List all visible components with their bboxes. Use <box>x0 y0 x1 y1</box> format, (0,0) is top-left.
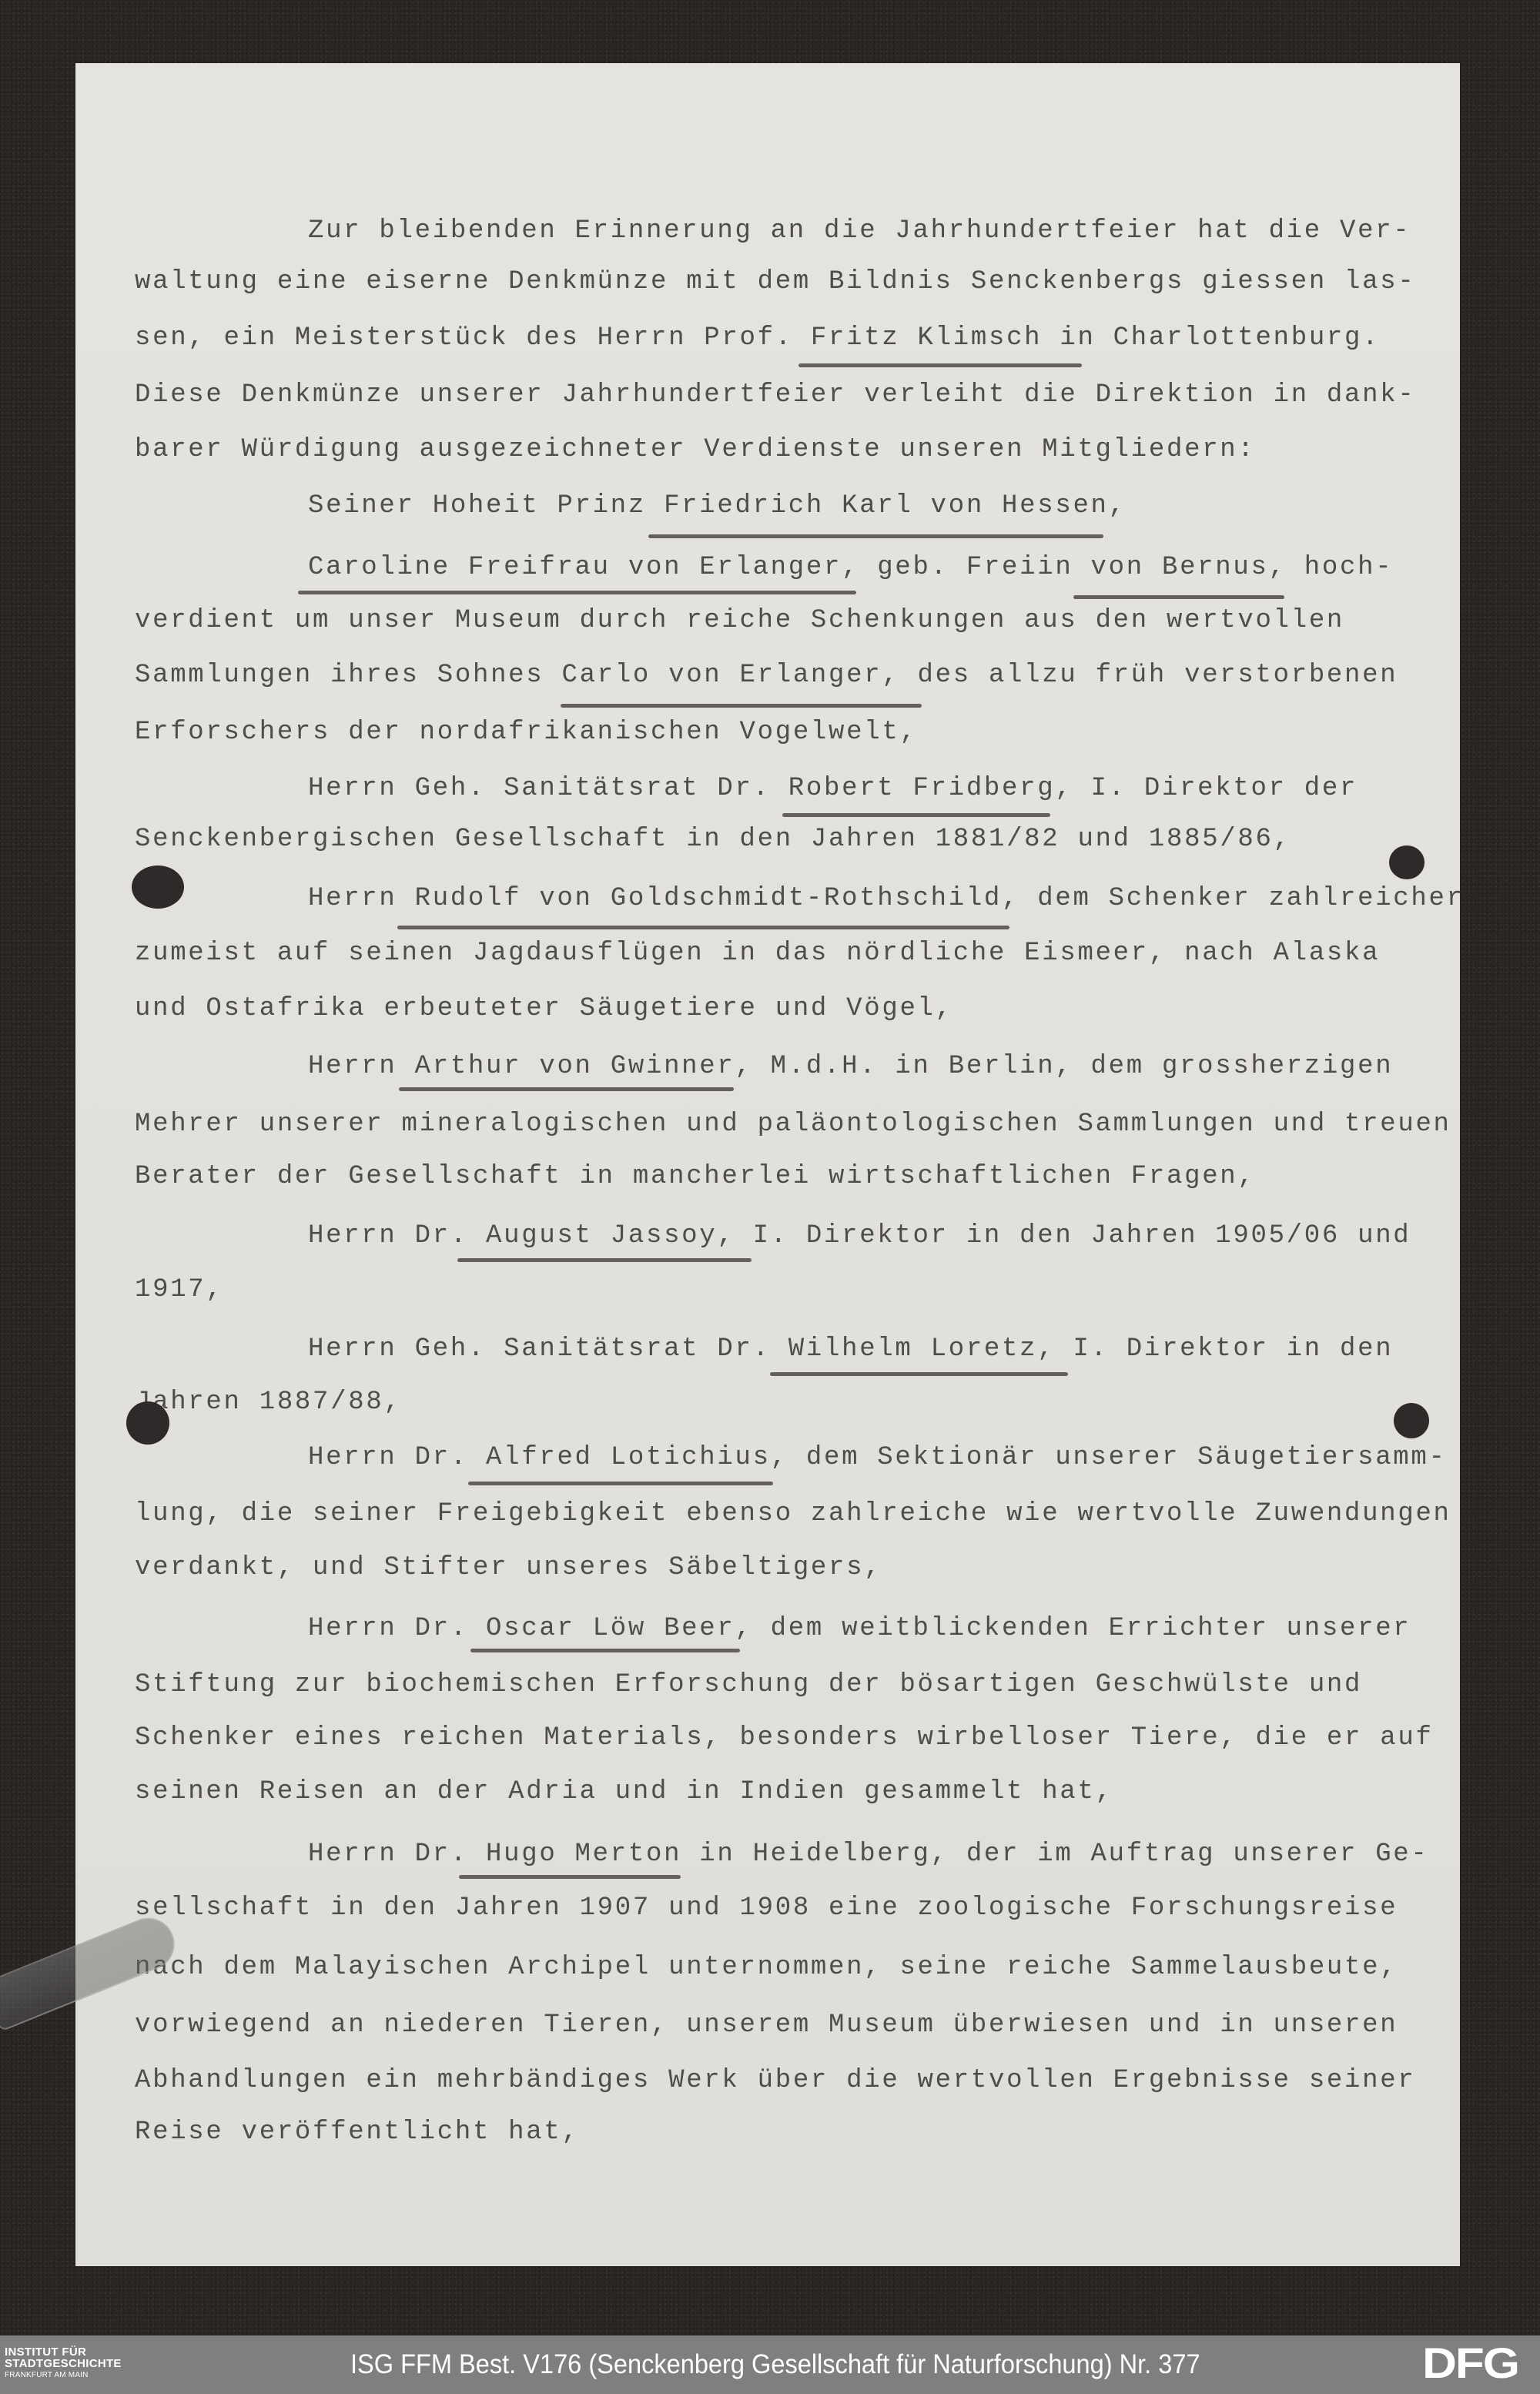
text-line: Herrn Dr. Alfred Lotichius, dem Sektionä… <box>308 1442 1447 1473</box>
dfg-logo: DFG <box>1422 2343 1518 2385</box>
institute-logo: INSTITUT FÜR STADTGESCHICHTE FRANKFURT A… <box>5 2346 122 2381</box>
text-line: Abhandlungen ein mehrbändiges Werk über … <box>135 2065 1415 2096</box>
name-underline <box>457 1258 752 1262</box>
name-underline <box>298 591 856 594</box>
name-underline <box>399 1087 734 1091</box>
text-line: 1917, <box>135 1274 224 1305</box>
institute-name-line1: INSTITUT FÜR <box>5 2346 122 2358</box>
text-line: Reise veröffentlicht hat, <box>135 2117 580 2148</box>
text-line: sen, ein Meisterstück des Herrn Prof. Fr… <box>135 323 1380 353</box>
archive-caption: ISG FFM Best. V176 (Senckenberg Gesellsc… <box>350 2349 1200 2380</box>
text-line: Herrn Geh. Sanitätsrat Dr. Robert Fridbe… <box>308 773 1358 804</box>
punch-hole <box>1389 845 1424 879</box>
text-line: lung, die seiner Freigebigkeit ebenso za… <box>135 1498 1451 1529</box>
footer-bar: INSTITUT FÜR STADTGESCHICHTE FRANKFURT A… <box>0 2335 1540 2394</box>
text-line: seinen Reisen an der Adria und in Indien… <box>135 1776 1113 1807</box>
institute-name-line2: STADTGESCHICHTE <box>5 2358 122 2369</box>
document-page: Zur bleibenden Erinnerung an die Jahrhun… <box>75 63 1460 2266</box>
name-underline <box>798 363 1082 367</box>
text-line: Stiftung zur biochemischen Erforschung d… <box>135 1669 1362 1700</box>
text-line: sellschaft in den Jahren 1907 und 1908 e… <box>135 1893 1398 1924</box>
name-underline <box>770 1372 1068 1376</box>
text-line: verdient um unser Museum durch reiche Sc… <box>135 605 1344 636</box>
text-line: Erforschers der nordafrikanischen Vogelw… <box>135 717 918 748</box>
text-line: Jahren 1887/88, <box>135 1387 402 1418</box>
punch-hole <box>1394 1403 1429 1438</box>
institute-city: FRANKFURT AM MAIN <box>5 2369 122 2381</box>
name-underline <box>648 534 1103 538</box>
punch-hole <box>126 1401 169 1445</box>
text-line: Herrn Dr. Hugo Merton in Heidelberg, der… <box>308 1839 1429 1870</box>
punch-hole <box>132 866 184 909</box>
text-line: Seiner Hoheit Prinz Friedrich Karl von H… <box>308 491 1127 521</box>
name-underline <box>468 1482 773 1485</box>
text-line: Herrn Dr. Oscar Löw Beer, dem weitblicke… <box>308 1613 1411 1644</box>
text-line: Diese Denkmünze unserer Jahrhundertfeier… <box>135 380 1415 410</box>
name-underline <box>470 1649 740 1652</box>
text-line: und Ostafrika erbeuteter Säugetiere und … <box>135 993 953 1024</box>
text-line: Schenker eines reichen Materials, besond… <box>135 1723 1434 1753</box>
name-underline <box>561 704 922 708</box>
text-line: Mehrer unserer mineralogischen und paläo… <box>135 1109 1451 1140</box>
text-line: Berater der Gesellschaft in mancherlei w… <box>135 1161 1256 1192</box>
text-line: vorwiegend an niederen Tieren, unserem M… <box>135 2010 1398 2041</box>
name-underline <box>459 1875 681 1879</box>
text-line: waltung eine eiserne Denkmünze mit dem B… <box>135 266 1415 297</box>
text-line: Herrn Geh. Sanitätsrat Dr. Wilhelm Loret… <box>308 1334 1393 1364</box>
text-line: Zur bleibenden Erinnerung an die Jahrhun… <box>308 216 1411 246</box>
text-line: Herrn Arthur von Gwinner, M.d.H. in Berl… <box>308 1051 1393 1082</box>
text-line: Caroline Freifrau von Erlanger, geb. Fre… <box>308 552 1393 583</box>
text-line: barer Würdigung ausgezeichneter Verdiens… <box>135 434 1256 465</box>
text-line: Herrn Dr. August Jassoy, I. Direktor in … <box>308 1220 1411 1251</box>
text-line: Senckenbergischen Gesellschaft in den Ja… <box>135 824 1291 855</box>
text-line: verdankt, und Stifter unseres Säbeltiger… <box>135 1552 882 1583</box>
text-line: Sammlungen ihres Sohnes Carlo von Erlang… <box>135 660 1398 691</box>
name-underline <box>782 813 1050 817</box>
name-underline <box>397 926 1009 929</box>
text-line: Herrn Rudolf von Goldschmidt-Rothschild,… <box>308 883 1460 914</box>
text-line: zumeist auf seinen Jagdausflügen in das … <box>135 938 1380 969</box>
name-underline <box>1073 595 1284 599</box>
text-line: nach dem Malayischen Archipel unternomme… <box>135 1952 1398 1983</box>
